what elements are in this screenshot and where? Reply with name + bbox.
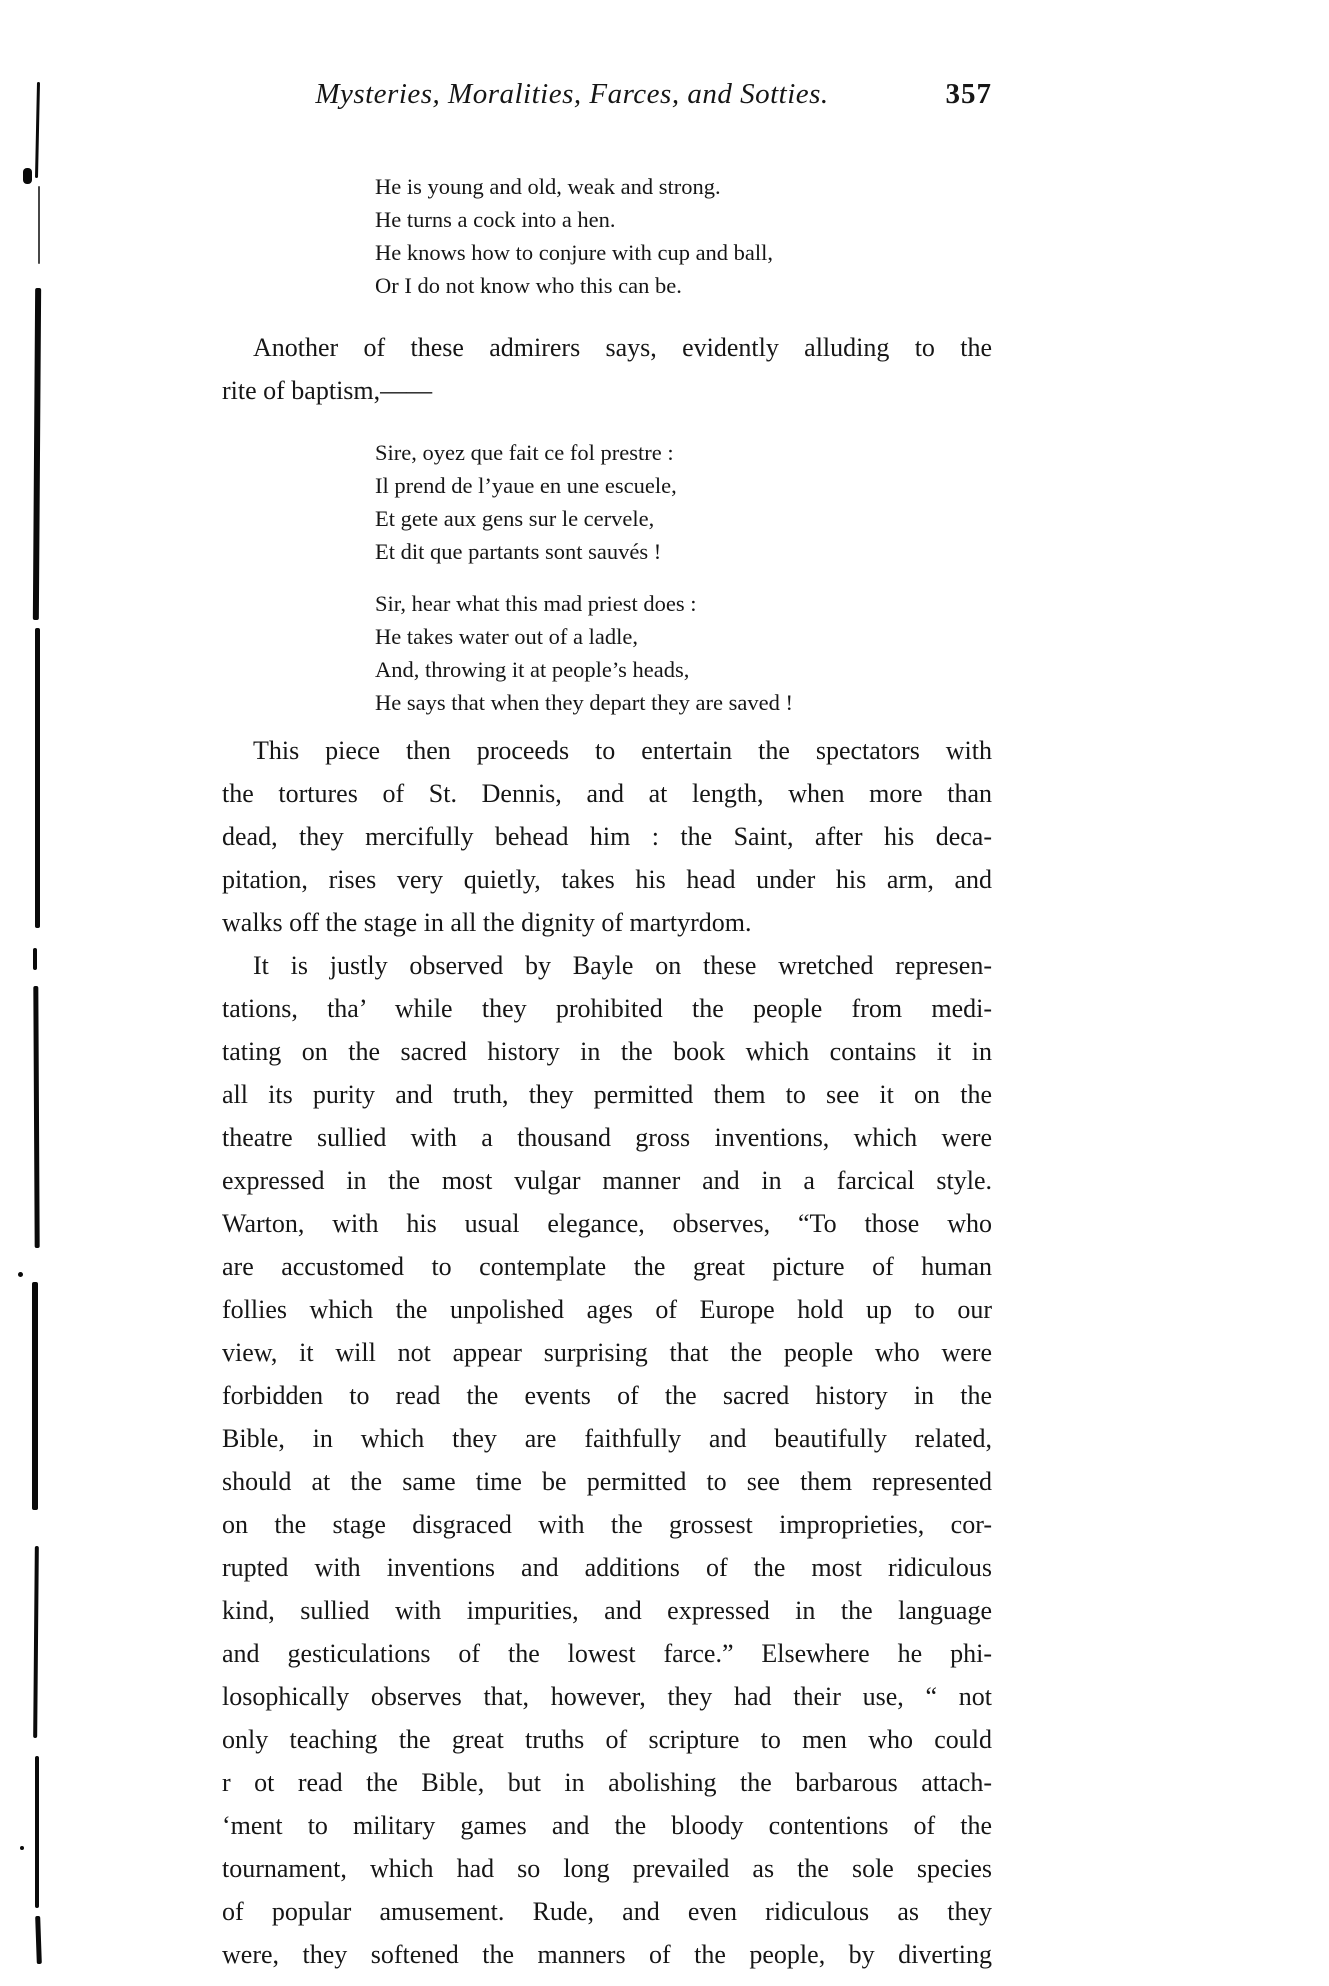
book-page: Mysteries, Moralities, Farces, and Sotti… [0,0,1329,1986]
text-line: walks off the stage in all the dignity o… [222,901,992,944]
text-line: theatre sullied with a thousand gross in… [222,1116,992,1159]
text-line: tournament, which had so long prevailed … [222,1847,992,1890]
text-line: rupted with inventions and additions of … [222,1546,992,1589]
verse-line: He is young and old, weak and strong. [375,170,992,203]
verse-line: He knows how to conjure with cup and bal… [375,236,992,269]
scan-artifact [33,948,37,970]
page-number: 357 [946,78,993,111]
text-line: view, it will not appear surprising that… [222,1331,992,1374]
scan-artifact [20,1846,24,1850]
text-line: ‘ment to military games and the bloody c… [222,1804,992,1847]
scan-artifact [38,186,40,264]
scan-artifact [35,82,40,178]
text-line: the tortures of St. Dennis, and at lengt… [222,772,992,815]
text-line: on the stage disgraced with the grossest… [222,1503,992,1546]
verse-line: He turns a cock into a hen. [375,203,992,236]
text-line: rite of baptism,—— [222,369,992,412]
scan-artifact [35,1756,39,1908]
verse-line: He says that when they depart they are s… [375,686,992,719]
text-line: tating on the sacred history in the book… [222,1030,992,1073]
verse-french: Sire, oyez que fait ce fol prestre :Il p… [375,436,992,568]
paragraph-3: It is justly observed by Bayle on these … [222,944,992,1976]
scan-artifact [32,1282,38,1510]
verse-line: Et dit que partants sont sauvés ! [375,535,992,568]
paragraph-2: This piece then proceeds to entertain th… [222,729,992,944]
verse-line: And, throwing it at people’s heads, [375,653,992,686]
text-line: expressed in the most vulgar manner and … [222,1159,992,1202]
text-line: dead, they mercifully behead him : the S… [222,815,992,858]
scan-artifact [18,1272,23,1277]
text-line: are accustomed to contemplate the great … [222,1245,992,1288]
scan-artifact [35,1916,42,1964]
scan-artifact [23,168,32,184]
text-line: forbidden to read the events of the sacr… [222,1374,992,1417]
text-line: were, they softened the manners of the p… [222,1933,992,1976]
text-line: Warton, with his usual elegance, observe… [222,1202,992,1245]
text-line: Bible, in which they are faithfully and … [222,1417,992,1460]
verse-line: Sir, hear what this mad priest does : [375,587,992,620]
verse-line: He takes water out of a ladle, [375,620,992,653]
verse-line: Or I do not know who this can be. [375,269,992,302]
text-line: kind, sullied with impurities, and expre… [222,1589,992,1632]
text-line: r ot read the Bible, but in abolishing t… [222,1761,992,1804]
text-line: losophically observes that, however, the… [222,1675,992,1718]
text-line: Another of these admirers says, evidentl… [222,326,992,369]
text-block: Mysteries, Moralities, Farces, and Sotti… [222,78,992,1976]
verse-translation: Sir, hear what this mad priest does :He … [375,587,992,719]
paragraph-1: Another of these admirers says, evidentl… [222,326,992,412]
text-line: tations, tha’ while they prohibited the … [222,987,992,1030]
text-line: of popular amusement. Rude, and even rid… [222,1890,992,1933]
text-line: follies which the unpolished ages of Eur… [222,1288,992,1331]
text-line: It is justly observed by Bayle on these … [222,944,992,987]
text-line: This piece then proceeds to entertain th… [222,729,992,772]
text-line: should at the same time be permitted to … [222,1460,992,1503]
scan-artifact [33,986,39,1248]
running-head: Mysteries, Moralities, Farces, and Sotti… [222,78,992,120]
verse-english-1: He is young and old, weak and strong.He … [375,170,992,302]
scan-artifact [35,628,40,928]
verse-line: Sire, oyez que fait ce fol prestre : [375,436,992,469]
text-line: only teaching the great truths of script… [222,1718,992,1761]
text-line: and gesticulations of the lowest farce.”… [222,1632,992,1675]
verse-line: Et gete aux gens sur le cervele, [375,502,992,535]
text-line: pitation, rises very quietly, takes his … [222,858,992,901]
scan-artifact [33,288,41,620]
verse-line: Il prend de l’yaue en une escuele, [375,469,992,502]
running-head-title: Mysteries, Moralities, Farces, and Sotti… [222,78,992,111]
text-line: all its purity and truth, they permitted… [222,1073,992,1116]
scan-artifact [33,1546,39,1738]
